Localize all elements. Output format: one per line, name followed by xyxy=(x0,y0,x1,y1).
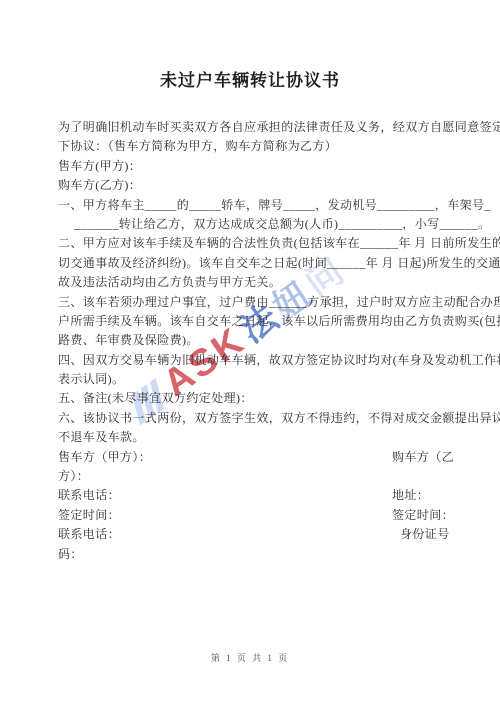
page-footer: 第 1 页 共 1 页 xyxy=(0,651,500,664)
doc-line: 签定时间：签定时间： xyxy=(58,506,450,525)
doc-line-left: 售车方（甲方）： xyxy=(58,450,151,464)
doc-line: 为了明确旧机动车时买卖双方各自应承担的法律责任及义务，经双方自愿同意签定以 xyxy=(58,118,450,137)
doc-line: 码： xyxy=(58,545,450,564)
doc-line: 联系电话：地址： xyxy=(58,486,450,505)
doc-line: 购车方(乙方)： xyxy=(58,176,450,195)
doc-line: 联系电话：身份证号 xyxy=(58,525,450,544)
doc-line: _______转让给乙方，双方达成成交总额为(人币)__________，小写_… xyxy=(58,215,450,234)
doc-line: 路费、年审费及保险费)。 xyxy=(58,331,450,350)
doc-line: 四、因双方交易车辆为旧机动车车辆，故双方签定协议时均对(车身及发动机工作状况 xyxy=(58,351,450,370)
doc-line-left: 联系电话： xyxy=(58,527,120,541)
doc-line: 故及违法活动均由乙方负责与甲方无关。 xyxy=(58,273,450,292)
doc-line: 六、该协议书一式两份，双方签字生效，双方不得违约，不得对成交金额提出异议， xyxy=(58,409,450,428)
document-body: 为了明确旧机动车时买卖双方各自应承担的法律责任及义务，经双方自愿同意签定以下协议… xyxy=(58,118,450,564)
doc-line: 售车方(甲方)： xyxy=(58,157,450,176)
doc-line-right: 签定时间： xyxy=(392,506,454,525)
document-page: ASK 法 妞 问 未过户车辆转让协议书 为了明确旧机动车时买卖双方各自应承担的… xyxy=(0,0,500,706)
doc-line: 下协议：（售车方简称为甲方，购车方简称为乙方） xyxy=(58,137,450,156)
doc-line: 切交通事故及经济纠纷)。该车自交车之日起(时间______年 月 日起)所发生的… xyxy=(58,254,450,273)
doc-line-right: 购车方（乙 xyxy=(392,448,454,467)
doc-line: 不退车及车款。 xyxy=(58,428,450,447)
doc-line: 三、该车若须办理过户事宜，过户费由______方承担，过户时双方应主动配合办理转 xyxy=(58,293,450,312)
doc-line-right: 地址： xyxy=(392,486,429,505)
doc-line: 二、甲方应对该车手续及车辆的合法性负责(包括该车在______年 月 日前所发生… xyxy=(58,234,450,253)
doc-line-left: 联系电话： xyxy=(58,488,120,502)
doc-line: 售车方（甲方）：购车方（乙 xyxy=(58,448,450,467)
doc-line: 五、备注(未尽事宜双方约定处理)： xyxy=(58,389,450,408)
doc-line: 表示认同)。 xyxy=(58,370,450,389)
doc-line-right: 身份证号 xyxy=(400,525,450,544)
doc-line: 方）： xyxy=(58,467,450,486)
doc-line: 户所需手续及车辆。该车自交车之日起，该车以后所需费用均由乙方负责购买(包括养 xyxy=(58,312,450,331)
doc-line: 一、甲方将车主_____的_____轿车，牌号_____，发动机号_______… xyxy=(58,196,450,215)
document-title: 未过户车辆转让协议书 xyxy=(0,66,500,91)
doc-line-left: 签定时间： xyxy=(58,508,120,522)
